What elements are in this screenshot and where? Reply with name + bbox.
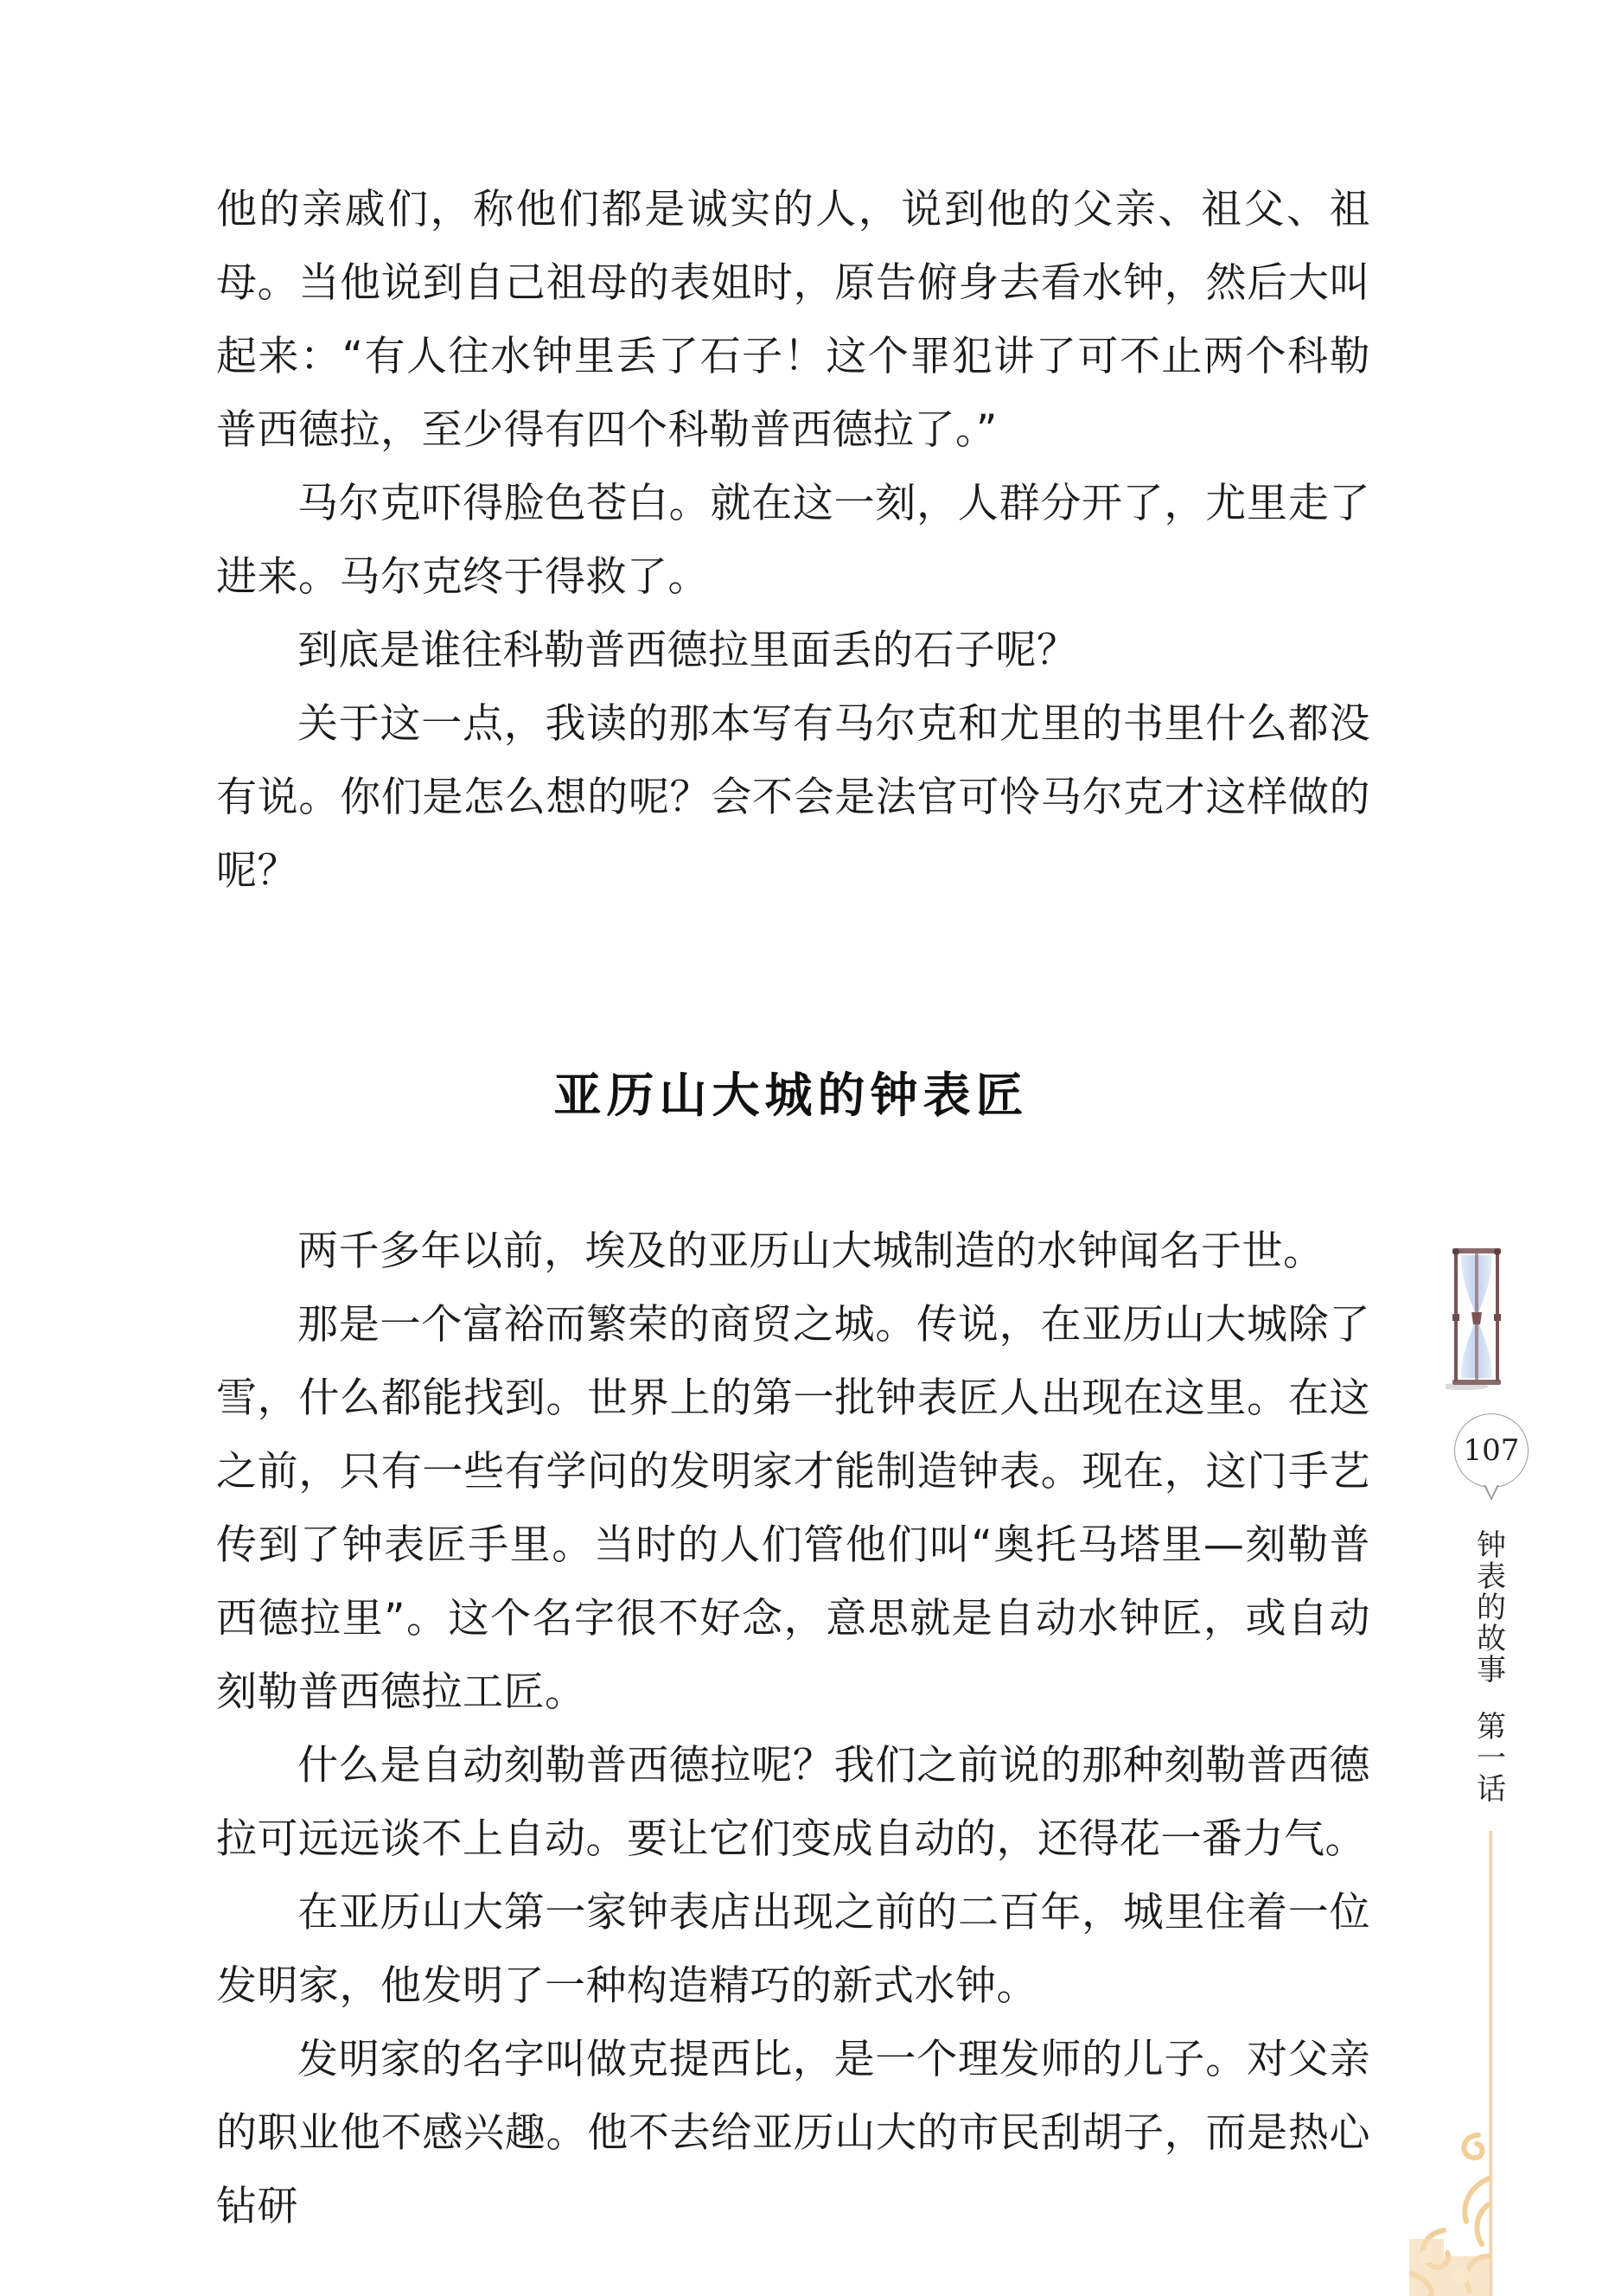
hourglass-icon <box>1446 1245 1508 1392</box>
paragraph: 那是一个富裕而繁荣的商贸之城。传说，在亚历山大城除了雪，什么都能找到。世界上的第… <box>216 1288 1370 1729</box>
spacer <box>1473 1686 1510 1712</box>
chapter-label-char: 话 <box>1473 1774 1510 1805</box>
paragraph: 什么是自动刻勒普西德拉呢？我们之前说的那种刻勒普西德拉可远远谈不上自动。要让它们… <box>216 1729 1370 1876</box>
paragraph: 马尔克吓得脸色苍白。就在这一刻，人群分开了，尤里走了进来。马尔克终于得救了。 <box>216 467 1370 614</box>
paragraph: 在亚历山大第一家钟表店出现之前的二百年，城里住着一位发明家，他发明了一种构造精巧… <box>216 1876 1370 2023</box>
book-title-char: 故 <box>1473 1623 1510 1655</box>
book-title-char: 表 <box>1473 1561 1510 1592</box>
paragraph: 两千多年以前，埃及的亚历山大城制造的水钟闻名于世。 <box>216 1215 1370 1288</box>
paragraph: 发明家的名字叫做克提西比，是一个理发师的儿子。对父亲的职业他不感兴趣。他不去给亚… <box>216 2023 1370 2243</box>
book-title-char: 钟 <box>1473 1530 1510 1561</box>
book-title-char: 事 <box>1473 1655 1510 1686</box>
scroll-ornament-icon <box>1409 2127 1491 2296</box>
chapter-label-char: 一 <box>1473 1743 1510 1774</box>
chapter-title: 亚历山大城的钟表匠 <box>0 1065 1582 1126</box>
chapter-label-char: 第 <box>1473 1712 1510 1743</box>
body-text-section-2: 两千多年以前，埃及的亚历山大城制造的水钟闻名于世。 那是一个富裕而繁荣的商贸之城… <box>216 1215 1370 2243</box>
page-number: 107 <box>1454 1413 1529 1488</box>
paragraph: 关于这一点，我读的那本写有马尔克和尤里的书里什么都没有说。你们是怎么想的呢？会不… <box>216 687 1370 908</box>
running-header-vertical: 钟 表 的 故 事 第 一 话 <box>1473 1530 1510 1805</box>
body-text-section-1: 他的亲戚们，称他们都是诚实的人，说到他的父亲、祖父、祖母。当他说到自己祖母的表姐… <box>216 173 1370 908</box>
book-title-char: 的 <box>1473 1592 1510 1623</box>
paragraph: 他的亲戚们，称他们都是诚实的人，说到他的父亲、祖父、祖母。当他说到自己祖母的表姐… <box>216 173 1370 467</box>
page-number-pointer <box>1484 1485 1499 1501</box>
paragraph: 到底是谁往科勒普西德拉里面丢的石子呢？ <box>216 614 1370 687</box>
